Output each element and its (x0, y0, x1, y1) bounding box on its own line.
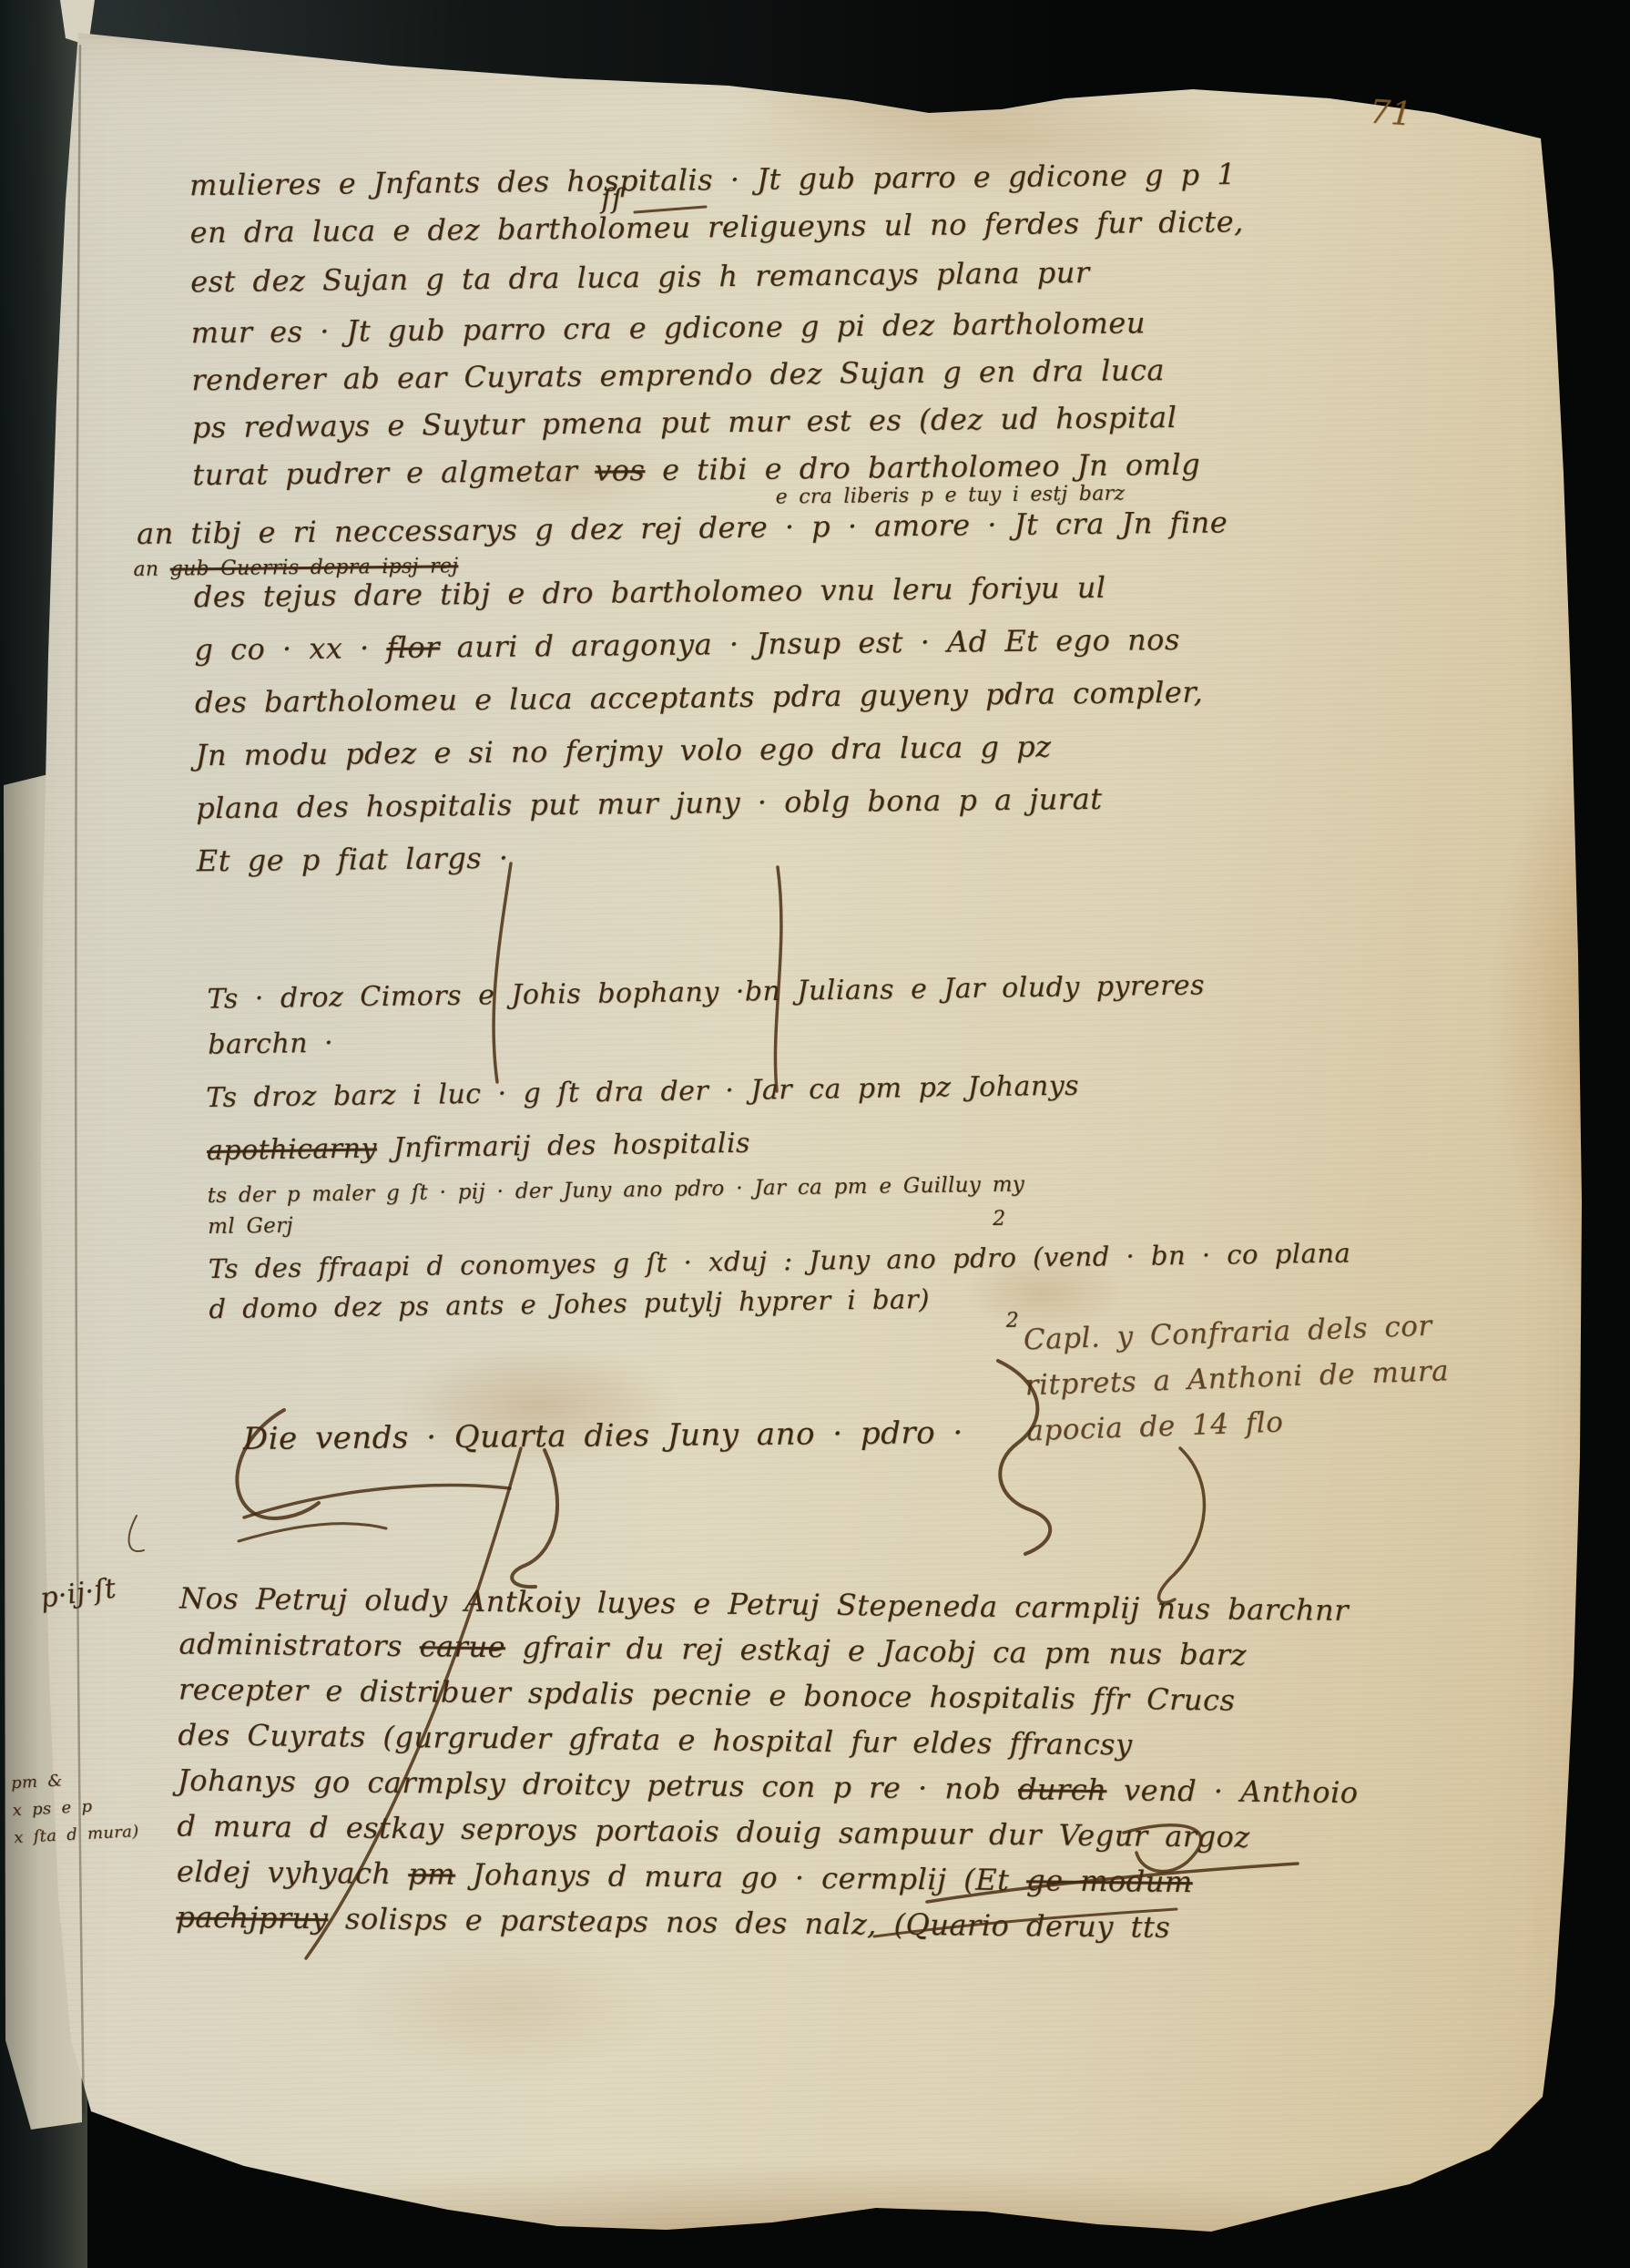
manuscript-line: plana des hospitalis put mur juny · oblg… (196, 782, 1103, 825)
date-line: Die vends · Quarta dies Juny ano · pdro … (243, 1415, 963, 1457)
struck-word: vos (595, 453, 646, 488)
second-act-block: Nos Petruj oludy Antkoiy luyes e Petruj … (176, 1580, 1318, 1975)
manuscript-scan: 71 mulieres e Jnfants des hospitalis · J… (0, 0, 1630, 2268)
struck-word: pachjpruy (176, 1899, 328, 1936)
witness-line: barchn · (208, 1027, 333, 1061)
struck-word: durch (1018, 1772, 1107, 1807)
manuscript-line: Johanys go carmplsy droitcy petrus con p… (178, 1762, 1359, 1810)
manuscript-line: ps redways e Suytur pmena put mur est es… (192, 400, 1177, 444)
margin-note-block: pm & x ps e p x ſta d mura) (11, 1764, 198, 1864)
struck-word: carue (419, 1629, 505, 1664)
witness-line: ts der p maler g ſt · pij · der Juny ano… (208, 1173, 1025, 1209)
margin-note-line: pm & (11, 1771, 64, 1793)
manuscript-line: an tibj e ri neccessarys g dez rej dere … (137, 505, 1228, 551)
margin-note-line: x ps e p (12, 1797, 93, 1821)
margin-note-line: x ſta d mura) (14, 1822, 139, 1847)
witness-line: apothicarny Jnfirmarij des hospitalis (207, 1128, 750, 1167)
manuscript-line: Jn modu pdez e si no ferjmy volo ego dra… (195, 729, 1051, 772)
witness-line: d domo dez ps ants e Johes putylj hyprer… (209, 1283, 930, 1324)
tally-mark: 2 (1006, 1310, 1020, 1333)
manuscript-line: des bartholomeu e luca acceptants pdra g… (195, 675, 1204, 720)
manuscript-line: mur es · Jt gub parro cra e gdicone g pi… (191, 305, 1146, 350)
struck-word: flor (386, 629, 440, 665)
witness-block-2: Ts droz barz i luc · g ſt dra der · Jar … (206, 1068, 1257, 1355)
manuscript-line: pachjpruy solisps e parsteaps nos des na… (176, 1899, 1170, 1944)
manuscript-line: eldej vyhyach pm Johanys d mura go · cer… (177, 1854, 1193, 1899)
margin-rubric-line: apocia de 14 flo (1026, 1405, 1284, 1447)
manuscript-line: d mura d estkay seproys portaois douig s… (177, 1808, 1250, 1854)
witness-line: Ts des ffraapi d conomyes g ſt · xduj : … (209, 1238, 1351, 1285)
margin-rubric-line: ritprets a Anthoni de mura (1024, 1354, 1450, 1402)
manuscript-line: recepter e distribuer spdalis pecnie e b… (178, 1671, 1236, 1717)
witness-line: ml Gerj (208, 1214, 293, 1239)
manuscript-line: renderer ab ear Cuyrats emprendo dez Suj… (191, 352, 1165, 397)
manuscript-line: est dez Sujan g ta dra luca gis h remanc… (190, 255, 1090, 299)
witness-block-1: Ts · droz Cimors e Johis bophany ·bn Jul… (207, 969, 1209, 1083)
manuscript-line: des Cuyrats (gurgruder gfrata e hospital… (178, 1717, 1132, 1762)
manuscript-line: Et ge p fiat largs · (197, 841, 509, 879)
date-line-block: Die vends · Quarta dies Juny ano · pdro … (243, 1414, 1063, 1476)
struck-word: ge modum (1026, 1863, 1193, 1899)
interlinear-addition: e cra liberis p e tuy i estj barz (776, 483, 1126, 509)
manuscript-line: en dra luca e dez bartholomeu religueyns… (189, 204, 1244, 250)
struck-word: pm (408, 1856, 455, 1892)
struck-word: apothicarny (207, 1132, 377, 1167)
folio-number: 71 (1369, 93, 1414, 133)
first-act-block: mulieres e Jnfants des hospitalis · Jt g… (189, 157, 1289, 897)
margin-rubric-block: Capl. y Confraria dels cor ritprets a An… (1023, 1311, 1410, 1470)
tally-mark: 2 (993, 1208, 1006, 1231)
manuscript-line: g co · xx · flor auri d aragonya · Jnsup… (194, 622, 1180, 667)
manuscript-line: administrators carue gfrair du rej estka… (178, 1626, 1247, 1671)
